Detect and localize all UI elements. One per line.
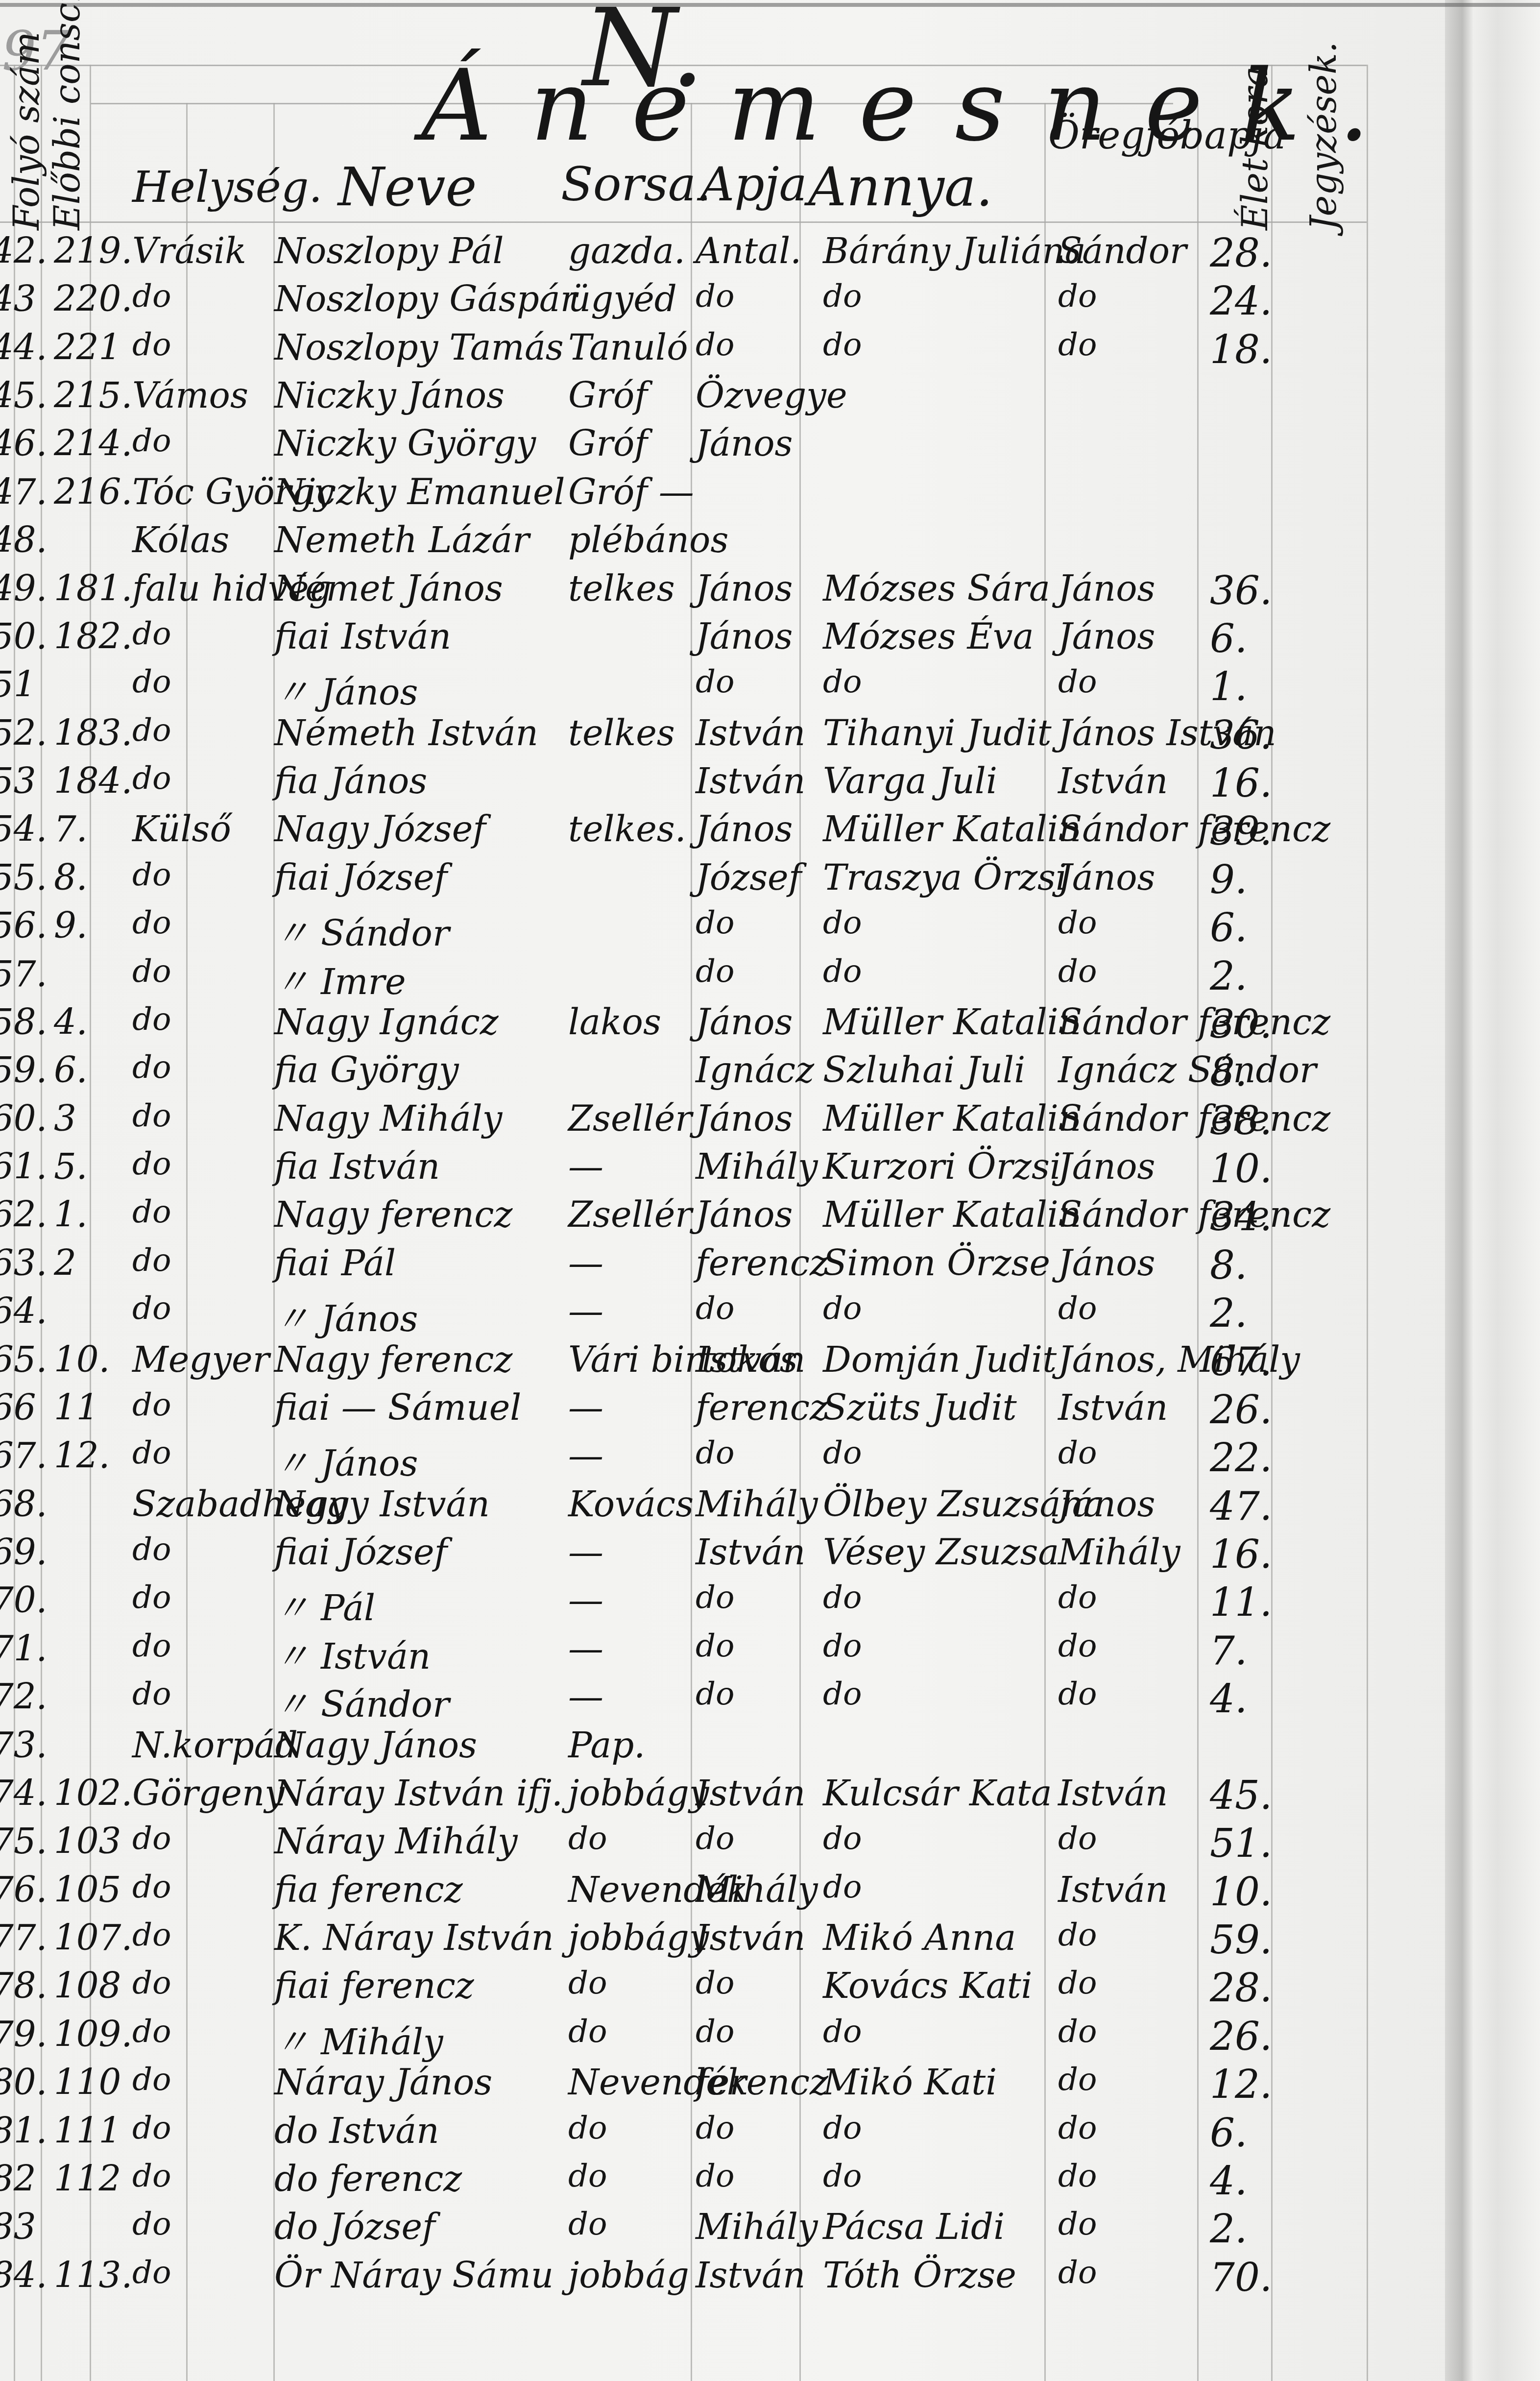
age-value: 28. [1210,1965,1272,2011]
grandfather-name: do [1058,278,1097,315]
top-rule [0,3,1540,7]
table-row: 68.SzabadhegyNagy IstvánKovácsMihályÖlbe… [0,1483,1445,1528]
previous-number: 10. [54,1339,110,1380]
grandfather-name: do [1058,1579,1097,1616]
table-row: 74.102.GörgenyNáray István ifj.jobbágyIs… [0,1773,1445,1817]
rank-status: — [568,1531,603,1573]
mother-name: do [823,953,862,990]
father-name: ferencz [696,1387,828,1428]
previous-number: 103 [54,1821,121,1862]
mother-name: Mózses Sára [823,568,1050,609]
table-row: 59.6.dofia GyörgyIgnáczSzluhai JuliIgnác… [0,1049,1445,1093]
table-row: 48.KólasNemeth Lázárplébános [0,519,1445,563]
person-name: fiai Pál [274,1242,396,1284]
rank-status: jobbág [568,2255,689,2296]
rank-status: telkes [568,712,675,753]
table-row: 65.10.MegyerNagy ferenczVári birtokosIst… [0,1339,1445,1383]
age-value: 18. [1210,327,1272,372]
table-row: 83dodo JózsefdoMihályPácsa Lidido2. [0,2206,1445,2250]
folio-number: 81. [0,2110,48,2151]
mother-name: do [823,278,862,315]
age-value: 6. [1210,905,1247,950]
father-name: do [696,1821,735,1857]
rank-status: — [568,1628,603,1669]
place-name: do [132,1821,171,1857]
mother-name: do [823,1290,862,1327]
table-row: 63.2dofiai Pál—ferenczSimon ÖrzseJános8. [0,1242,1445,1287]
place-name: do [132,327,171,363]
mother-name: Müller Katalin [823,1098,1081,1139]
mother-name: Kovács Kati [823,1965,1033,2006]
previous-number: 9. [54,905,88,946]
mother-name: Szüts Judit [823,1387,1017,1428]
mother-name: do [823,905,862,941]
mother-name: Kulcsár Kata [823,1773,1052,1814]
folio-number: 68. [0,1483,48,1525]
table-row: 6611dofiai — Sámuel—ferenczSzüts JuditIs… [0,1387,1445,1431]
mother-name: Müller Katalin [823,808,1081,850]
mother-name: do [823,2158,862,2194]
rank-status: — [568,1242,603,1284]
folio-number: 80. [0,2062,48,2103]
previous-number: 112 [54,2158,121,2199]
previous-number: 221 [54,327,121,368]
table-row: 45.215.VámosNiczky JánosGrófÖzvegye [0,375,1445,419]
mother-name: do [823,1676,862,1712]
age-value: 10. [1210,1146,1272,1191]
previous-number: 216. [54,471,132,512]
mother-name: Traszya Örzsi [823,857,1067,898]
person-name: fiai József [274,857,447,898]
father-name: István [696,1339,805,1380]
folio-number: 67. [0,1435,48,1476]
place-name: do [132,2062,171,2098]
father-name: István [696,1773,805,1814]
father-name: János [696,423,793,464]
place-name: do [132,1098,171,1134]
folio-number: 53 [0,760,36,802]
rank-status: Kovács [568,1483,694,1525]
person-name: Noszlopy Gáspár [274,278,577,319]
folio-number: 78. [0,1965,48,2006]
person-name: Nagy Mihály [274,1098,502,1139]
age-value: 11. [1210,1579,1272,1625]
father-name: do [696,278,735,315]
grandfather-name: do [1058,1676,1097,1712]
place-name: do [132,1628,171,1664]
table-row: 79.109.do〃 Mihálydodododo26. [0,2014,1445,2058]
grandfather-name: do [1058,953,1097,990]
person-name: 〃 Sándor [274,1676,449,1727]
place-name: do [132,2110,171,2146]
folio-number: 42. [0,230,48,271]
table-row: 80.110doNáray JánosNevendékferenczMikó K… [0,2062,1445,2106]
age-value: 36. [1210,712,1272,758]
previous-number: 6. [54,1049,88,1091]
place-name: Görgeny [132,1773,285,1814]
grandfather-name: János [1058,1146,1155,1187]
grandfather-name: do [1058,1965,1097,2001]
father-name: Mihály [696,2206,818,2247]
person-name: Nagy János [274,1725,477,1766]
rank-status: do [568,2158,607,2194]
person-name: 〃 Sándor [274,905,449,956]
person-name: fia János [274,760,427,802]
place-name: Vrásik [132,230,246,271]
person-name: do István [274,2110,439,2151]
previous-number: 5. [54,1146,88,1187]
mother-name: Szluhai Juli [823,1049,1025,1091]
grandfather-name: do [1058,1435,1097,1471]
father-name: Ignácz [696,1049,814,1091]
table-row: 82112dodo ferenczdodododo4. [0,2158,1445,2202]
previous-number: 109. [54,2014,132,2055]
header-father: Apja [700,157,807,212]
place-name: do [132,1531,171,1568]
place-name: do [132,1579,171,1616]
previous-number: 4. [54,1001,88,1043]
previous-number: 215. [54,375,132,416]
table-row: 72.do〃 Sándor—dododo4. [0,1676,1445,1720]
father-name: do [696,327,735,363]
folio-number: 64. [0,1290,48,1332]
place-name: do [132,1387,171,1423]
person-name: Németh István [274,712,538,753]
age-value: 26. [1210,2014,1272,2059]
previous-number: 7. [54,808,88,850]
person-name: Nagy ferencz [274,1339,513,1380]
father-name: István [696,1531,805,1573]
grandfather-name: Sándor ferencz [1058,808,1330,850]
person-name: Nemeth Lázár [274,519,529,560]
folio-number: 74. [0,1773,48,1814]
grandfather-name: do [1058,2110,1097,2146]
table-row: 57.do〃 Imredododo2. [0,953,1445,997]
previous-number: 181. [54,568,132,609]
folio-number: 69. [0,1531,48,1573]
father-name: János [696,1194,793,1235]
folio-number: 79. [0,2014,48,2055]
folio-number: 66 [0,1387,36,1428]
age-value: 12. [1210,2062,1272,2107]
mother-name: do [823,1628,862,1664]
place-name: do [132,2158,171,2194]
grandfather-name: Ignácz Sándor [1058,1049,1316,1091]
person-name: 〃 János [274,1435,418,1486]
person-name: Niczky György [274,423,536,464]
age-value: 1. [1210,664,1247,709]
grandfather-name: István [1058,760,1168,802]
place-name: do [132,760,171,797]
mother-name: Müller Katalin [823,1001,1081,1043]
table-row: 73.N.korpádNagy JánosPap. [0,1725,1445,1769]
mother-name: Bárány Juliána [823,230,1086,271]
folio-number: 70. [0,1579,48,1621]
table-row: 43220.doNoszlopy Gáspárügyéddododo24. [0,278,1445,322]
header-previous: Előbbi conscr. sz. [47,0,88,230]
table-row: 54.7.KülsőNagy Józseftelkes.JánosMüller … [0,808,1445,852]
previous-number: 3 [54,1098,76,1139]
header-name: Neve [338,157,477,218]
rank-status: jobbágy [568,1917,709,1958]
rank-status: ügyéd [568,278,677,319]
place-name: Külső [132,808,231,850]
mother-name: Tihanyi Judit [823,712,1052,753]
folio-number: 47. [0,471,48,512]
place-name: do [132,1242,171,1279]
previous-number: 110 [54,2062,121,2103]
folio-number: 56. [0,905,48,946]
age-value: 59. [1210,1917,1272,1963]
grandfather-name: do [1058,905,1097,941]
place-name: do [132,905,171,941]
father-name: Mihály [696,1483,818,1525]
age-value: 9. [1210,857,1247,902]
previous-number: 113. [54,2255,132,2296]
age-value: 38. [1210,1098,1272,1143]
age-value: 2. [1210,2206,1247,2252]
place-name: do [132,1146,171,1182]
folio-number: 46. [0,423,48,464]
previous-number: 102. [54,1773,132,1814]
folio-number: 57. [0,953,48,995]
folio-number: 43 [0,278,36,319]
person-name: Náray János [274,2062,492,2103]
table-row: 60.3doNagy MihályZsellérJánosMüller Kata… [0,1098,1445,1142]
father-name: János [696,616,793,657]
grandfather-name: István [1058,1387,1168,1428]
previous-number: 1. [54,1194,88,1235]
place-name: do [132,2206,171,2242]
rank-status: Gróf [568,423,648,464]
age-value: 34. [1210,1194,1272,1239]
table-row: 78.108dofiai ferenczdodoKovács Katido28. [0,1965,1445,2009]
grandfather-name: do [1058,664,1097,700]
person-name: Nagy ferencz [274,1194,513,1235]
table-row: 81.111dodo Istvándodododo6. [0,2110,1445,2154]
mother-name: do [823,1869,862,1905]
header-place: Helység. [132,162,322,212]
table-row: 71.do〃 István—dododo7. [0,1628,1445,1672]
person-name: Nagy József [274,808,486,850]
table-row: 84.113.doÖr Náray SámujobbágIstvánTóth Ö… [0,2255,1445,2299]
age-value: 22. [1210,1435,1272,1481]
mother-name: Müller Katalin [823,1194,1081,1235]
age-value: 36. [1210,568,1272,613]
father-name: János [696,1001,793,1043]
previous-number: 105 [54,1869,121,1910]
mother-name: do [823,1821,862,1857]
folio-number: 51 [0,664,36,705]
grandfather-name: Sándor ferencz [1058,1098,1330,1139]
age-value: 24. [1210,278,1272,324]
father-name: do [696,1965,735,2001]
table-row: 47.216.Tóc GyörgyNiczky EmanuelGróf — [0,471,1445,515]
age-value: 4. [1210,2158,1247,2204]
table-row: 75.103doNáray Mihálydodododo51. [0,1821,1445,1865]
mother-name: do [823,327,862,363]
father-name: do [696,1579,735,1616]
grandfather-name: do [1058,1821,1097,1857]
age-value: 47. [1210,1483,1272,1529]
grandfather-name: Mihály [1058,1531,1180,1573]
rank-status: — [568,1146,603,1187]
table-row: 58.4.doNagy IgnáczlakosJánosMüller Katal… [0,1001,1445,1045]
grandfather-name: János [1058,568,1155,609]
place-name: do [132,2014,171,2050]
header-bottom-rule [0,221,1367,223]
grandfather-name: do [1058,327,1097,363]
father-name: do [696,1290,735,1327]
person-name: fiai József [274,1531,447,1573]
place-name: N.korpád [132,1725,298,1766]
grandfather-name: János [1058,1242,1155,1284]
folio-number: 48. [0,519,48,560]
rank-status: jobbágy [568,1773,709,1814]
table-row: 52.183.doNémeth IstvántelkesIstvánTihany… [0,712,1445,756]
rank-status: do [568,2206,607,2242]
place-name: do [132,857,171,893]
father-name: do [696,1676,735,1712]
grandfather-name: István [1058,1773,1168,1814]
father-name: do [696,1628,735,1664]
mother-name: do [823,664,862,700]
father-name: do [696,953,735,990]
mother-name: Mikó Anna [823,1917,1016,1958]
previous-number: 182. [54,616,132,657]
table-row: 42.219.VrásikNoszlopy Pálgazda.Antal.Bár… [0,230,1445,274]
previous-number: 108 [54,1965,121,2006]
table-row: 69.dofiai József—IstvánVésey ZsuzsaMihál… [0,1531,1445,1576]
place-name: do [132,1290,171,1327]
header-folio: Folyó szám [6,32,47,230]
father-name: János [696,808,793,850]
person-name: 〃 János [274,1290,418,1341]
grandfather-name: János [1058,857,1155,898]
rank-status: — [568,1676,603,1717]
table-row: 77.107.doK. Náray IstvánjobbágyIstvánMik… [0,1917,1445,1961]
folio-number: 58. [0,1001,48,1043]
folio-number: 49. [0,568,48,609]
place-name: Kólas [132,519,229,560]
grandfather-name: do [1058,2158,1097,2194]
rank-status: do [568,2014,607,2050]
father-name: do [696,2158,735,2194]
grandfather-name: Sándor ferencz [1058,1194,1330,1235]
place-name: do [132,1965,171,2001]
previous-number: 8. [54,857,88,898]
header-age: Élet kora [1234,67,1275,230]
grandfather-name: Sándor ferencz [1058,1001,1330,1043]
age-value: 6. [1210,616,1247,661]
place-name: Vámos [132,375,248,416]
age-value: 51. [1210,1821,1272,1866]
age-value: 2. [1210,953,1247,999]
place-name: do [132,1869,171,1905]
folio-number: 76. [0,1869,48,1910]
age-value: 39. [1210,808,1272,854]
rank-status: Tanuló [568,327,688,368]
header-notes: Jegyzések. [1303,42,1344,230]
folio-number: 83 [0,2206,36,2247]
father-name: István [696,760,805,802]
mother-name: Tóth Örzse [823,2255,1016,2296]
folio-number: 45. [0,375,48,416]
person-name: Náray Mihály [274,1821,518,1862]
mother-name: Vésey Zsuzsa [823,1531,1059,1573]
header-grandfather: Öregjóbapja [1048,113,1195,159]
place-name: Megyer [132,1339,269,1380]
grandfather-name: János [1058,616,1155,657]
person-name: Ör Náray Sámu [274,2255,553,2296]
mother-name: do [823,2014,862,2050]
table-row: 53184.dofia JánosIstvánVarga JuliIstván1… [0,760,1445,804]
person-name: fia István [274,1146,440,1187]
grandfather-name: István [1058,1869,1168,1910]
mother-name: Pácsa Lidi [823,2206,1005,2247]
place-name: do [132,712,171,749]
table-row: 51do〃 Jánosdododo1. [0,664,1445,708]
place-name: do [132,1435,171,1471]
folio-number: 73. [0,1725,48,1766]
rank-status: plébános [568,519,728,560]
place-name: do [132,1676,171,1712]
father-name: do [696,2014,735,2050]
place-name: do [132,1001,171,1038]
page-binding-edge [1445,0,1540,2381]
person-name: Niczky János [274,375,505,416]
place-name: do [132,616,171,652]
folio-number: 50. [0,616,48,657]
place-name: do [132,664,171,700]
rank-status: — [568,1435,603,1476]
rank-status: do [568,2110,607,2146]
rank-status: lakos [568,1001,661,1043]
person-name: Nagy Ignácz [274,1001,499,1043]
grandfather-name: do [1058,1917,1097,1953]
age-value: 70. [1210,2255,1272,2300]
mother-name: do [823,2110,862,2146]
person-name: Német János [274,568,503,609]
person-name: 〃 István [274,1628,431,1679]
father-name: Özvegye [696,375,847,416]
father-name: ferencz [696,1242,828,1284]
rank-status: Zsellér [568,1098,692,1139]
mother-name: Varga Juli [823,760,997,802]
age-value: 2. [1210,1290,1247,1336]
mother-name: Kurzori Örzsi [823,1146,1061,1187]
father-name: János [696,1098,793,1139]
place-name: do [132,1194,171,1230]
place-name: do [132,423,171,459]
table-row: 50.182.dofiai IstvánJánosMózses ÉvaJános… [0,616,1445,660]
place-name: do [132,2255,171,2291]
table-row: 44.221doNoszlopy TamásTanulódododo18. [0,327,1445,371]
folio-number: 61. [0,1146,48,1187]
mother-name: do [823,1579,862,1616]
father-name: Antal. [696,230,801,271]
age-value: 30. [1210,1001,1272,1047]
father-name: Mihály [696,1869,818,1910]
rank-status: Gróf [568,375,648,416]
father-name: do [696,664,735,700]
table-row: 67.12.do〃 János—dododo22. [0,1435,1445,1479]
person-name: Nagy István [274,1483,490,1525]
header-mother: Annya. [808,157,993,218]
folio-number: 71. [0,1628,48,1669]
folio-number: 54. [0,808,48,850]
father-name: do [696,905,735,941]
